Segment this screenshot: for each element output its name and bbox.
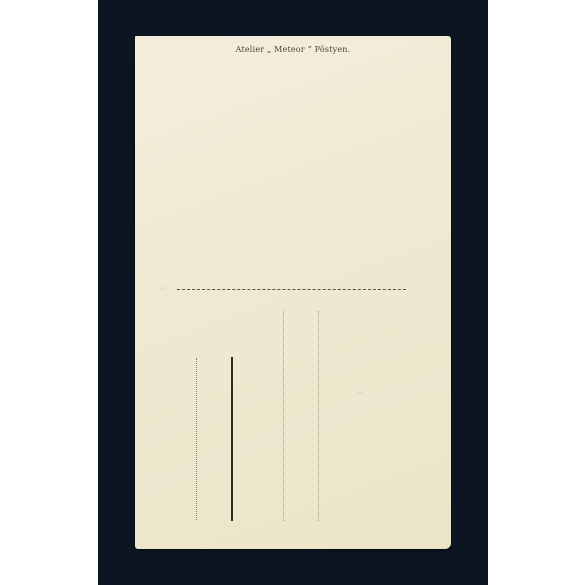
postcard-back: Atelier „ Meteor ” Pöstyen. ∴ [135,36,451,549]
dotted-vertical-line-2 [283,310,284,521]
dotted-vertical-line-3 [318,311,319,521]
studio-imprint: Atelier „ Meteor ” Pöstyen. [135,45,451,54]
divider-mark: ∴ [161,285,165,292]
stain-spot [357,391,363,394]
horizontal-divider-line [177,289,406,290]
dotted-vertical-line-1 [196,358,197,520]
solid-vertical-line [231,357,233,521]
